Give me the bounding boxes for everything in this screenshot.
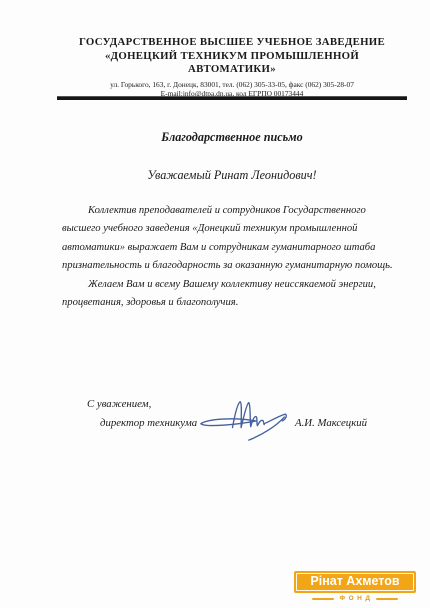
signature-scribble — [196, 394, 292, 442]
logo-dash-left — [312, 598, 334, 600]
letterhead: ГОСУДАРСТВЕННОЕ ВЫСШЕЕ УЧЕБНОЕ ЗАВЕДЕНИЕ… — [57, 36, 407, 98]
paragraph-wishes: Желаем Вам и всему Вашему коллективу неи… — [62, 276, 407, 313]
signee-name: А.И. Максецкий — [295, 417, 367, 429]
salutation: Уважаемый Ринат Леонидович! — [57, 168, 407, 183]
closing-regards: С уважением, — [87, 398, 151, 410]
org-name-line3: АВТОМАТИКИ» — [57, 63, 407, 77]
foundation-logo: Рінат Ахметов ФОНД — [294, 571, 416, 602]
org-address: ул. Горького, 163, г. Донецк, 83001, тел… — [57, 80, 407, 89]
paragraph-gratitude: Коллектив преподавателей и сотрудников Г… — [62, 202, 407, 276]
org-name-line1: ГОСУДАРСТВЕННОЕ ВЫСШЕЕ УЧЕБНОЕ ЗАВЕДЕНИЕ — [57, 36, 407, 50]
logo-dash-right — [376, 598, 398, 600]
logo-subtitle: ФОНД — [340, 595, 374, 602]
letter-title: Благодарственное письмо — [57, 130, 407, 145]
logo-box: Рінат Ахметов — [294, 571, 416, 593]
closing-position: директор техникума — [100, 417, 197, 429]
logo-subtitle-row: ФОНД — [312, 595, 398, 602]
org-name-line2: «ДОНЕЦКИЙ ТЕХНИКУМ ПРОМЫШЛЕННОЙ — [57, 50, 407, 64]
letter-page: ГОСУДАРСТВЕННОЕ ВЫСШЕЕ УЧЕБНОЕ ЗАВЕДЕНИЕ… — [0, 0, 430, 608]
logo-brand-name: Рінат Ахметов — [296, 573, 414, 591]
header-divider — [57, 96, 407, 100]
letter-body: Коллектив преподавателей и сотрудников Г… — [62, 202, 407, 312]
